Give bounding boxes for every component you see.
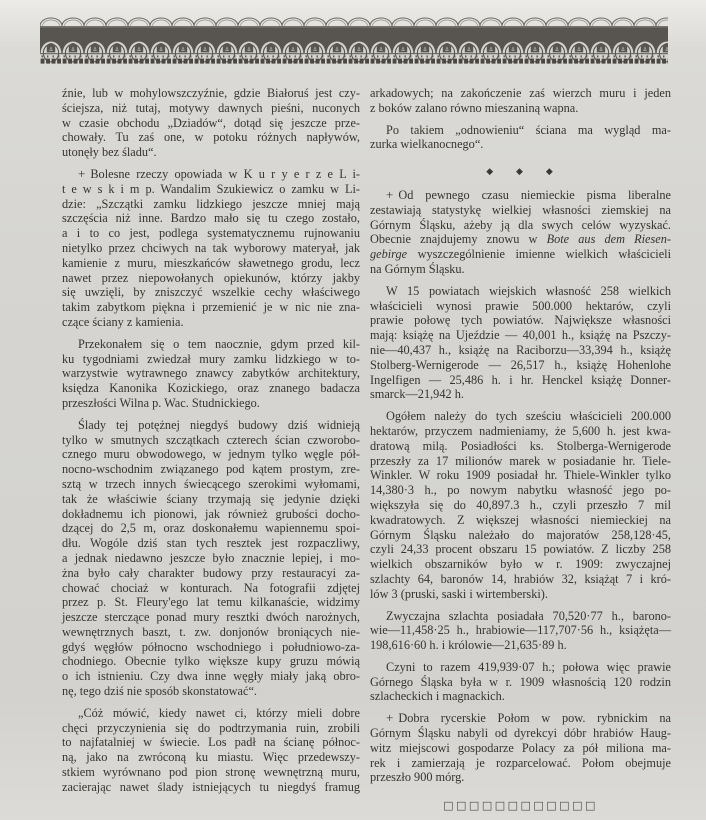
- arched-frieze-ornament-border: [40, 16, 668, 64]
- text-line: t e w s k i m p. Wandalim Szukiewicz o z…: [62, 182, 360, 197]
- text-line: to najfatalniej w świecie. Los padł na ś…: [62, 735, 360, 750]
- text-line: takim zabytkom piękna i przemienić je w …: [62, 300, 360, 315]
- paragraph: Zwyczajna szlachta posiadała 70,520·77 h…: [370, 609, 671, 653]
- text-line: chodniego. Obecnie tylko większe kupy gr…: [62, 654, 360, 669]
- text-line: witz miejscowi gospodarze Polacy za pół …: [370, 741, 671, 756]
- text-line: źnie, lub w mohylowszczyźnie, gdzie Biał…: [62, 86, 360, 101]
- text-line: przez p. St. Fleury'ego lat temu kilkana…: [62, 595, 360, 610]
- text-line: a jednak niedawno jeszcze było znacznie …: [62, 551, 360, 566]
- text-line: większyła się do 40,897.3 h., czyli prze…: [370, 498, 671, 513]
- text-line: szlacheckich i magnackich.: [370, 689, 671, 704]
- text-line: prawie połowę tych powiatów. Największe …: [370, 313, 671, 328]
- text-line: +Od pewnego czasu niemieckie pisma liber…: [370, 188, 671, 203]
- text-line: gdyś węgłów północno wschodniego i połud…: [62, 640, 360, 655]
- text-line: ną, jako na zwróconą ku miastu. Więc prz…: [62, 750, 360, 765]
- text-line: Górnego Śląska była w r. 1909 własnością…: [370, 675, 671, 690]
- text-line: W 15 powiatach wiejskich własność 258 wi…: [370, 284, 671, 299]
- left-text-column: źnie, lub w mohylowszczyźnie, gdzie Biał…: [62, 86, 360, 814]
- text-line: kamienie z muru, mieszkańców sławetnego …: [62, 256, 360, 271]
- text-line: +Dobra rycerskie Połom w pow. rybnickim …: [370, 711, 671, 726]
- text-line: nocno-wschodnim związanego pod kątem pro…: [62, 462, 360, 477]
- text-line: wielkich obszarników było w r. 1909: zwy…: [370, 557, 671, 572]
- text-line: arkadowych; na zakończenie zaś wierzch m…: [370, 86, 671, 101]
- paragraph: W 15 powiatach wiejskich własność 258 wi…: [370, 284, 671, 402]
- text-line: się uwzięli, by zniszczyć wszelkie cechy…: [62, 285, 360, 300]
- text-line: mają: książę na Ujeździe — 40,001 h., ks…: [370, 328, 671, 343]
- text-line: tylko w smutnych szczątkach czterech ści…: [62, 433, 360, 448]
- paragraph-cross-marker-icon: +: [386, 710, 398, 725]
- text-line: jeszcze sterczące ponad mury resztki dwó…: [62, 610, 360, 625]
- text-line: w czasie obchodu „Dziadów“, dotąd się je…: [62, 116, 360, 131]
- text-line: a i to co jest, podlega systematycznemu …: [62, 226, 360, 241]
- text-line: właścicieli wynosi prawie 500.000 hektar…: [370, 299, 671, 314]
- paragraph: Ślady tej potężnej niegdyś budowy dziś w…: [62, 418, 360, 699]
- text-line: zacierając nawet ślady istniejących tu n…: [62, 780, 360, 795]
- text-line: utonęły bez śladu“.: [62, 145, 360, 160]
- text-line: Ślady tej potężnej niegdyś budowy dziś w…: [62, 418, 360, 433]
- text-line: chęci przyczynienia się do podtrzymania …: [62, 721, 360, 736]
- text-line: kwadratowych. Z większej własności niemi…: [370, 513, 671, 528]
- text-line: księdza Kanonika Kozickiego, oraz znaneg…: [62, 381, 360, 396]
- right-text-column: arkadowych; na zakończenie zaś wierzch m…: [370, 86, 671, 814]
- text-line: nę, tego dziś nie sposób skonstatować“.: [62, 684, 360, 699]
- text-line: wewnętrznych baszt, t. zw. donjonów bron…: [62, 625, 360, 640]
- paragraph: Ogółem należy do tych sześciu właściciel…: [370, 409, 671, 601]
- text-line: warzystwie wytrawnego znawcy zabytków ar…: [62, 366, 360, 381]
- text-line: „Cóż mówić, kiedy nawet ci, którzy mieli…: [62, 706, 360, 721]
- text-line: nietylko przez chciwych na tak wyborowy …: [62, 241, 360, 256]
- text-line: Ogółem należy do tych sześciu właściciel…: [370, 409, 671, 424]
- text-line: przeszłości Wilna p. Wac. Studnickiego.: [62, 396, 360, 411]
- text-run: wyszczególnienie imienne wielkich właści…: [407, 247, 671, 261]
- text-line: Górnym Śląsku, ażeby ją dla swych celów …: [370, 218, 671, 233]
- text-line: gebirge wyszczególnienie imienne wielkic…: [370, 247, 671, 262]
- text-line: nie—40,437 h., książę na Raciborzu—33,39…: [370, 343, 671, 358]
- text-line: Po takiem „odnowieniu“ ściana ma wygląd …: [370, 123, 671, 138]
- text-line: dłu. Wogóle dziś stan tych resztek jest …: [62, 536, 360, 551]
- text-line: chować chociaż w konturach. Na fotografi…: [62, 581, 360, 596]
- paragraph: źnie, lub w mohylowszczyźnie, gdzie Biał…: [62, 86, 360, 160]
- paragraph: +Dobra rycerskie Połom w pow. rybnickim …: [370, 711, 671, 785]
- text-line: 14,380·3 h., po nowym nabytku własność j…: [370, 483, 671, 498]
- two-column-text-area: źnie, lub w mohylowszczyźnie, gdzie Biał…: [62, 86, 671, 814]
- text-line: Górnym Śląsku nabyli od dyrekcyi dóbr hr…: [370, 726, 671, 741]
- diamond-separator: ◆ ◆ ◆: [370, 165, 671, 180]
- text-line: czące ściany z kamienia.: [62, 315, 360, 330]
- text-line: Czyni to razem 419,939·07 h.; połowa wię…: [370, 660, 671, 675]
- text-line: chowały. Tu zaś one, w potoku różnych na…: [62, 130, 360, 145]
- paragraph-cross-marker-icon: +: [78, 166, 90, 181]
- text-line: lów 3 (pruski, saski i wirtemberski).: [370, 587, 671, 602]
- text-line: sztą w trzech innych świecącego szerokim…: [62, 477, 360, 492]
- text-line: dzącej do 2,5 m, oraz doskonałemu wapien…: [62, 521, 360, 536]
- paragraph-cross-marker-icon: +: [386, 187, 398, 202]
- text-line: rek i zamierzają je rozparcelować. Połom…: [370, 756, 671, 771]
- paragraph: +Bolesne rzeczy opowiada w K u r y e r z…: [62, 167, 360, 330]
- text-line: zestawiają statystykę wielkiej własności…: [370, 203, 671, 218]
- text-line: dokładnemu ich pionowi, jak również grub…: [62, 507, 360, 522]
- text-line: +Bolesne rzeczy opowiada w K u r y e r z…: [62, 167, 360, 182]
- text-run: Obecnie znajdujemy znowu w: [370, 232, 547, 246]
- paragraph: Po takiem „odnowieniu“ ściana ma wygląd …: [370, 123, 671, 153]
- text-line: ku tygodniami zwiedzał mury zamku lidzki…: [62, 352, 360, 367]
- text-line: smarck—21,942 h.: [370, 387, 671, 402]
- text-line: Ingelfigen — 25,486 h. i hr. Henckel ksi…: [370, 373, 671, 388]
- text-line: żna było cały charakter budowy przy rest…: [62, 566, 360, 581]
- text-line: Zwyczajna szlachta posiadała 70,520·77 h…: [370, 609, 671, 624]
- italic-text-run: gebirge: [370, 247, 407, 261]
- text-line: Górnym Śląsku należało do majoratów 258,…: [370, 528, 671, 543]
- paragraph: arkadowych; na zakończenie zaś wierzch m…: [370, 86, 671, 116]
- text-line: Obecnie znajdujemy znowu w Bote aus dem …: [370, 232, 671, 247]
- text-line: wie—11,458·25 h., hrabiowie—117,707·56 h…: [370, 623, 671, 638]
- text-line: przeszły za 17 milionów marek w posiadan…: [370, 454, 671, 469]
- text-line: ściejsza, niż tutaj, motywy dawnych pieś…: [62, 101, 360, 116]
- text-line: o ich istnieniu. Czy dwa inne węgły miał…: [62, 669, 360, 684]
- text-line: z boków zalano równo mieszaniną wapna.: [370, 101, 671, 116]
- text-line: Przekonałem się o tem naocznie, gdym prz…: [62, 337, 360, 352]
- scanned-newspaper-page: źnie, lub w mohylowszczyźnie, gdzie Biał…: [0, 0, 706, 820]
- text-line: Stolberg-Wernigerode — 26,517 h., książę…: [370, 358, 671, 373]
- text-line: na Górnym Śląsku.: [370, 262, 671, 277]
- end-of-article-square-row: □□□□□□□□□□□□: [370, 799, 671, 814]
- text-line: zurka wielkanocnego“.: [370, 137, 671, 152]
- text-line: szlachty 64, baronów 14, hrabiów 32, ksi…: [370, 572, 671, 587]
- text-line: szczęścia niż inne. Bardzo mało się tu c…: [62, 211, 360, 226]
- text-line: hektarów, przyczem nadmieniamy, że 5,600…: [370, 424, 671, 439]
- text-line: Winkler. W roku 1909 posiadał hr. Thiele…: [370, 468, 671, 483]
- text-line: dzie: „Szczątki zamku lidzkiego jeszcze …: [62, 197, 360, 212]
- text-line: nawet przez niepowołanych opiekunów, któ…: [62, 271, 360, 286]
- text-line: cznego muru obwodowego, w jednym tylko w…: [62, 447, 360, 462]
- paragraph: „Cóż mówić, kiedy nawet ci, którzy mieli…: [62, 706, 360, 795]
- text-line: stkiem wyrównano pod pion stronę wewnętr…: [62, 765, 360, 780]
- text-line: dratową milą. Posiadłości ks. Stolberga-…: [370, 439, 671, 454]
- text-line: 198,616·60 h. i królowie—21,635·89 h.: [370, 638, 671, 653]
- paragraph: +Od pewnego czasu niemieckie pisma liber…: [370, 188, 671, 277]
- text-line: czyli 24,33 procent obszaru 15 powiatów.…: [370, 542, 671, 557]
- text-line: przeszło 900 mórg.: [370, 770, 671, 785]
- paragraph: Czyni to razem 419,939·07 h.; połowa wię…: [370, 660, 671, 704]
- italic-text-run: Bote aus dem Riesen-: [547, 232, 671, 246]
- text-line: tak że właściwie ściany trzymają się jed…: [62, 492, 360, 507]
- paragraph: Przekonałem się o tem naocznie, gdym prz…: [62, 337, 360, 411]
